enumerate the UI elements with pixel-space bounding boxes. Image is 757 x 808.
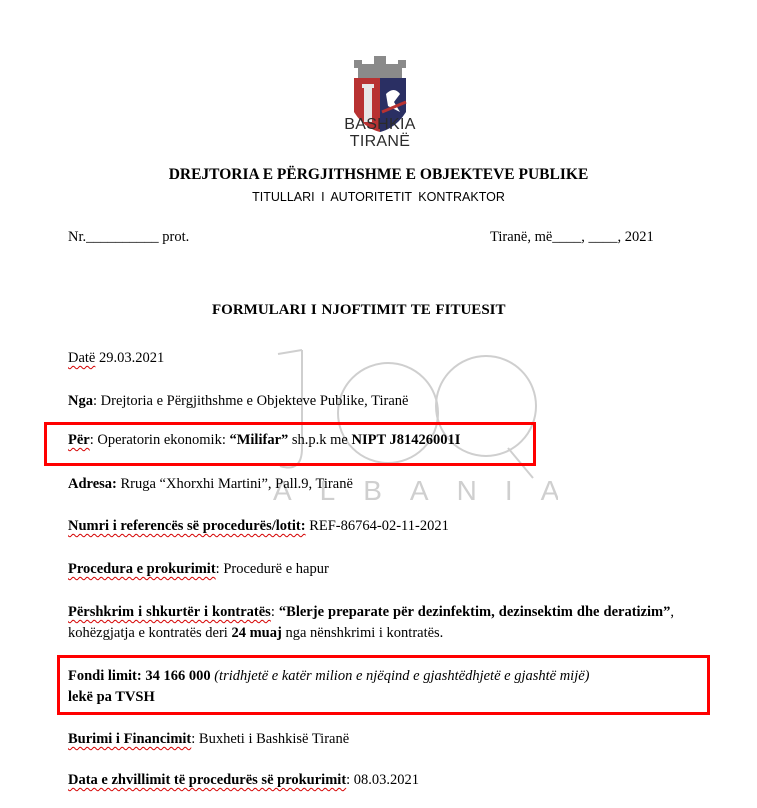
from-line: Nga: Drejtoria e Përgjithshme e Objektev… (68, 393, 408, 410)
organization-heading: DREJTORIA E PËRGJITHSHME E OBJEKTEVE PUB… (0, 166, 757, 184)
procedure-value: : Procedurë e hapur (216, 561, 329, 577)
address-label: Adresa: (68, 476, 117, 492)
fund-currency: lekë pa TVSH (68, 689, 155, 705)
to-prefix: : Operatorin ekonomik: (90, 432, 230, 448)
company-name: “Milifar” (229, 432, 288, 448)
source-value: : Buxheti i Bashkisë Tiranë (191, 731, 349, 747)
logo-text: BASHKIA TIRANË (300, 116, 460, 150)
to-line: Për: Operatorin ekonomik: “Milifar” sh.p… (68, 432, 460, 449)
contract-title: “Blerje preparate për dezinfektim, dezin… (279, 604, 670, 620)
nr-suffix: prot. (159, 229, 190, 245)
to-label: Për (68, 432, 90, 448)
date-value: 29.03.2021 (95, 350, 164, 366)
source-line: Burimi i Financimit: Buxheti i Bashkisë … (68, 731, 349, 748)
form-title: FORMULARI I NJOFTIMIT TE FITUESIT (212, 302, 506, 319)
description-label: Përshkrim i shkurtër i kontratës (68, 604, 271, 620)
from-value: : Drejtoria e Përgjithshme e Objekteve P… (93, 393, 408, 409)
logo-line-2: TIRANË (300, 133, 460, 150)
address-line: Adresa: Rruga “Xhorxhi Martini”, Pall.9,… (68, 476, 353, 493)
procedure-line: Procedura e prokurimit: Procedurë e hapu… (68, 561, 329, 578)
reference-value: REF-86764-02-11-2021 (306, 518, 449, 534)
fund-words: (tridhjetë e katër milion e njëqind e gj… (211, 668, 590, 684)
procedure-date-value: : 08.03.2021 (346, 772, 419, 788)
from-label: Nga (68, 393, 93, 409)
procedure-date-line: Data e zhvillimit të procedurës së proku… (68, 772, 419, 789)
reference-line: Numri i referencës së procedurës/lotit: … (68, 518, 449, 535)
nipt: NIPT J81426001I (352, 432, 461, 448)
authority-subtitle: TITULLARI I AUTORITETIT KONTRAKTOR (0, 190, 757, 204)
nr-prefix: Nr. (68, 229, 86, 245)
source-label: Burimi i Financimit (68, 731, 191, 747)
fund-paragraph: Fondi limit: 34 166 000 (tridhjetë e kat… (68, 666, 684, 708)
address-value: Rruga “Xhorxhi Martini”, Pall.9, Tiranë (117, 476, 353, 492)
description-sep: : (271, 604, 279, 620)
nr-blank: __________ (86, 229, 159, 245)
reference-label: Numri i referencës së procedurës/lotit: (68, 518, 306, 534)
place-date: Tiranë, më____, ____, 2021 (490, 229, 654, 246)
to-middle: sh.p.k me (288, 432, 351, 448)
date-line: Datë 29.03.2021 (68, 350, 164, 367)
protocol-number: Nr.__________ prot. (68, 229, 189, 246)
description-tail: nga nënshkrimi i kontratës. (282, 625, 443, 641)
procedure-date-label: Data e zhvillimit të procedurës së proku… (68, 772, 346, 788)
contract-duration: 24 muaj (231, 625, 281, 641)
date-label: Datë (68, 350, 95, 366)
logo-line-1: BASHKIA (300, 116, 460, 133)
procedure-label: Procedura e prokurimit (68, 561, 216, 577)
description-paragraph: Përshkrim i shkurtër i kontratës: “Blerj… (68, 602, 674, 644)
fund-label: Fondi limit: 34 166 000 (68, 668, 211, 684)
